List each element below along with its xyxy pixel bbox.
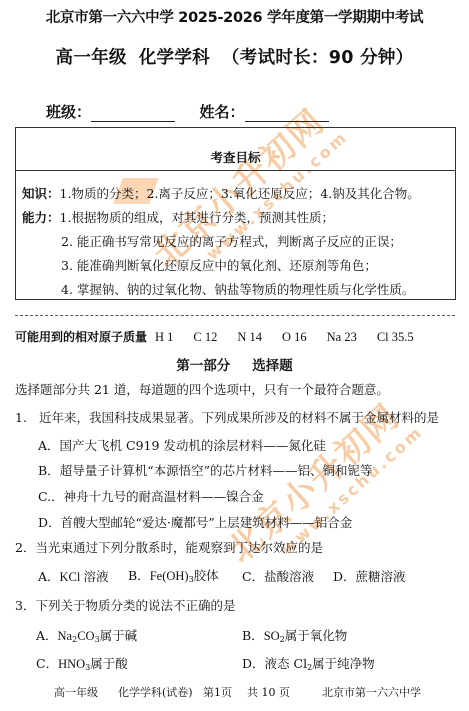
q1-option-b[interactable]: B．超导量子计算机“本源悟空”的芯片材料——铝、铜和铌等: [38, 461, 372, 479]
q2-option-b[interactable]: B．Fe(OH)3胶体: [128, 566, 219, 584]
ability-item: 2. 能正确书写常见反应的离子方程式，判断离子反应的正误；: [61, 232, 402, 250]
atomic-mass-value: H 1: [155, 330, 173, 344]
option-key: A．: [36, 628, 58, 643]
q3-option-a[interactable]: A．Na2CO3属于碱: [36, 626, 137, 644]
subject-label: 化学学科: [139, 48, 210, 68]
option-key: B．: [242, 628, 264, 643]
formula: SO: [264, 629, 280, 643]
ability-item: 1.根据物质的组成，对其进行分类，预测其性质；: [60, 210, 334, 225]
option-text: 超导量子计算机“本源悟空”的芯片材料——铝、铜和铌等: [60, 463, 373, 478]
duration-label: （考试时长：90 分钟）: [222, 48, 414, 68]
atomic-mass-value: N 14: [237, 330, 262, 344]
option-key: D．: [38, 515, 61, 530]
option-text: 蔗糖溶液: [356, 569, 406, 584]
student-info-row: 班级： 姓名：: [46, 101, 329, 122]
option-key: A．: [38, 438, 60, 453]
section-name: 选择题: [252, 358, 293, 374]
formula: HNO: [58, 657, 85, 671]
footer-subject: 化学学科(试卷): [118, 684, 193, 700]
option-text: Fe(OH): [150, 569, 189, 583]
atomic-mass-label: 可能用到的相对原子质量: [15, 330, 147, 344]
option-text: 属于纯净物: [312, 656, 375, 671]
q3-option-d[interactable]: D．液态 Cl2属于纯净物: [242, 654, 375, 672]
option-text: 属于碱: [100, 628, 138, 643]
class-field[interactable]: [91, 107, 175, 122]
q3-option-b[interactable]: B．SO2属于氧化物: [242, 626, 347, 644]
atomic-mass-line: 可能用到的相对原子质量 H 1 C 12 N 14 O 16 Na 23 Cl …: [15, 328, 414, 345]
atomic-mass-value: Cl 35.5: [377, 330, 414, 344]
formula: Na: [58, 629, 73, 643]
question-2: 2．当光束通过下列分散系时，能观察到丁达尔效应的是: [15, 538, 323, 556]
ability-label: 能力：: [22, 210, 60, 225]
grade-label: 高一年级: [56, 48, 127, 68]
divider-dashed: [15, 315, 455, 316]
class-label: 班级：: [46, 103, 91, 121]
ability-item: 3. 能准确判断氧化还原反应中的氧化剂、还原剂等角色；: [61, 256, 377, 274]
knowledge-text: 1.物质的分类；2.离子反应；3.氧化还原反应；4.钠及其化合物。: [60, 186, 420, 201]
atomic-mass-value: C 12: [193, 330, 217, 344]
option-text: KCl 溶液: [60, 570, 109, 584]
question-number: 3．: [15, 598, 35, 613]
exam-title: 北京市第一六六中学 2025-2026 学年度第一学期期中考试: [0, 6, 469, 27]
option-text: 属于酸: [90, 656, 128, 671]
footer-total: 共 10 页: [247, 684, 290, 700]
objectives-header: 考查目标: [16, 128, 455, 171]
knowledge-label: 知识：: [22, 186, 60, 201]
option-text: 国产大飞机 C919 发动机的涂层材料——氮化硅: [60, 438, 326, 453]
q2-option-c[interactable]: C．盐酸溶液: [242, 567, 314, 585]
q2-option-a[interactable]: A．KCl 溶液: [38, 567, 109, 585]
option-key: A．: [38, 569, 60, 584]
knowledge-line: 知识：1.物质的分类；2.离子反应；3.氧化还原反应；4.钠及其化合物。: [22, 184, 420, 202]
atomic-mass-value: Na 23: [327, 330, 357, 344]
q3-option-c[interactable]: C．HNO3属于酸: [36, 654, 128, 672]
option-text: 属于氧化物: [285, 628, 348, 643]
option-key: C.．: [38, 489, 64, 504]
option-key: C．: [36, 656, 58, 671]
question-3: 3．下列关于物质分类的说法不正确的是: [15, 596, 235, 614]
question-stem: 下列关于物质分类的说法不正确的是: [35, 598, 235, 613]
q1-option-c[interactable]: C.．神舟十九号的耐高温材料——镍合金: [38, 487, 264, 505]
question-stem: 当光束通过下列分散系时，能观察到丁达尔效应的是: [35, 540, 323, 555]
section-title: 第一部分选择题: [0, 354, 469, 374]
section-part: 第一部分: [176, 358, 230, 374]
q1-option-a[interactable]: A．国产大飞机 C919 发动机的涂层材料——氮化硅: [38, 436, 326, 454]
section-instructions: 选择题部分共 21 道，每道题的四个选项中，只有一个最符合题意。: [15, 380, 389, 398]
q1-option-d[interactable]: D．首艘大型邮轮“爱达·魔都号”上层建筑材料——铝合金: [38, 513, 352, 531]
option-text: 胶体: [194, 568, 219, 583]
question-1: 1.近年来，我国科技成果显著。下列成果所涉及的材料不属于金属材料的是: [15, 408, 439, 426]
question-stem: 近年来，我国科技成果显著。下列成果所涉及的材料不属于金属材料的是: [39, 410, 439, 425]
formula: CO: [77, 629, 94, 643]
exam-subtitle: 高一年级化学学科（考试时长：90 分钟）: [0, 44, 469, 69]
option-key: B．: [38, 463, 60, 478]
objectives-box: 考查目标 知识：1.物质的分类；2.离子反应；3.氧化还原反应；4.钠及其化合物…: [15, 127, 456, 300]
option-key: D．: [242, 656, 265, 671]
option-key: B．: [128, 568, 150, 583]
name-field[interactable]: [245, 107, 329, 122]
footer-grade: 高一年级: [54, 684, 98, 700]
question-number: 2．: [15, 540, 35, 555]
ability-line-1: 能力：1.根据物质的组成，对其进行分类，预测其性质；: [22, 208, 334, 226]
footer-school: 北京市第一六六中学: [322, 684, 421, 700]
footer-page: 第1页: [203, 684, 232, 700]
option-key: C．: [242, 569, 264, 584]
option-key: D．: [333, 569, 356, 584]
q2-option-d[interactable]: D．蔗糖溶液: [333, 567, 406, 585]
question-number: 1.: [15, 410, 27, 425]
option-text: 神舟十九号的耐高温材料——镍合金: [64, 489, 264, 504]
option-text: 盐酸溶液: [264, 569, 314, 584]
atomic-mass-value: O 16: [282, 330, 307, 344]
name-label: 姓名：: [199, 103, 244, 121]
formula: 液态 Cl: [265, 656, 308, 671]
ability-item: 4. 掌握钠、钠的过氧化物、钠盐等物质的物理性质与化学性质。: [61, 280, 414, 298]
option-text: 首艘大型邮轮“爱达·魔都号”上层建筑材料——铝合金: [61, 515, 353, 530]
objectives-title: 考查目标: [16, 148, 455, 166]
